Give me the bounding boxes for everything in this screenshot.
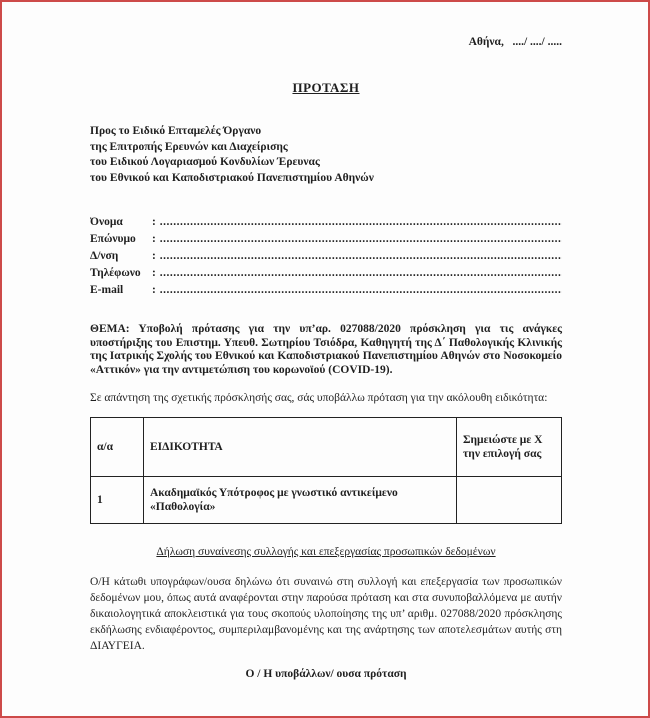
- cell-choice: [457, 476, 562, 523]
- document-content: Αθήνα, ..../ ..../ ..... ΠΡΟΤΑΣΗ Προς το…: [2, 2, 648, 680]
- recipient-line: της Επιτροπής Ερευνών και Διαχείρισης: [90, 140, 562, 156]
- field-row-email: E-mail : ...............................…: [90, 282, 562, 299]
- document-page: Αθήνα, ..../ ..../ ..... ΠΡΟΤΑΣΗ Προς το…: [0, 0, 650, 718]
- field-label: Επώνυμο: [90, 231, 152, 248]
- field-label: E-mail: [90, 282, 152, 299]
- field-dotted-line: : ......................................…: [152, 248, 562, 265]
- document-title: ΠΡΟΤΑΣΗ: [90, 80, 562, 96]
- field-label: Όνομα: [90, 214, 152, 231]
- header-cell-choice: Σημειώστε με Χ την επιλογή σας: [457, 417, 562, 476]
- header-cell-specialty: ΕΙΔΙΚΟΤΗΤΑ: [144, 417, 457, 476]
- recipient-line: Προς το Ειδικό Επταμελές Όργανο: [90, 124, 562, 140]
- field-row-surname: Επώνυμο : ..............................…: [90, 231, 562, 248]
- field-dotted-line: : ......................................…: [152, 265, 562, 282]
- table-row: 1 Ακαδημαϊκός Υπότροφος με γνωστικό αντι…: [91, 476, 562, 523]
- intro-paragraph: Σε απάντηση της σχετικής πρόσκλησής σας,…: [90, 391, 562, 407]
- field-dotted-line: : ......................................…: [152, 282, 562, 299]
- consent-paragraph: Ο/Η κάτωθι υπογράφων/ουσα δηλώνω ότι συν…: [90, 574, 562, 654]
- cell-specialty: Ακαδημαϊκός Υπότροφος με γνωστικό αντικε…: [144, 476, 457, 523]
- cell-index: 1: [91, 476, 144, 523]
- field-row-phone: Τηλέφωνο : .............................…: [90, 265, 562, 282]
- date-line: Αθήνα, ..../ ..../ .....: [90, 36, 562, 48]
- header-cell-index: α/α: [91, 417, 144, 476]
- field-label: Δ/νση: [90, 248, 152, 265]
- table-header-row: α/α ΕΙΔΙΚΟΤΗΤΑ Σημειώστε με Χ την επιλογ…: [91, 417, 562, 476]
- consent-heading: Δήλωση συναίνεσης συλλογής και επεξεργασ…: [90, 546, 562, 558]
- applicant-fields: Όνομα : ................................…: [90, 214, 562, 299]
- field-dotted-line: : ......................................…: [152, 214, 562, 231]
- field-dotted-line: : ......................................…: [152, 231, 562, 248]
- signature-line: Ο / Η υποβάλλων/ ουσα πρόταση: [90, 668, 562, 680]
- field-row-name: Όνομα : ................................…: [90, 214, 562, 231]
- recipient-block: Προς το Ειδικό Επταμελές Όργανο της Επιτ…: [90, 124, 562, 186]
- recipient-line: του Ειδικού Λογαριασμού Κονδυλίων Έρευνα…: [90, 155, 562, 171]
- recipient-line: του Εθνικού και Καποδιστριακού Πανεπιστη…: [90, 171, 562, 187]
- subject-paragraph: ΘΕΜΑ: Υποβολή πρότασης για την υπ’αρ. 02…: [90, 323, 562, 377]
- field-label: Τηλέφωνο: [90, 265, 152, 282]
- specialty-table: α/α ΕΙΔΙΚΟΤΗΤΑ Σημειώστε με Χ την επιλογ…: [90, 417, 562, 524]
- field-row-address: Δ/νση : ................................…: [90, 248, 562, 265]
